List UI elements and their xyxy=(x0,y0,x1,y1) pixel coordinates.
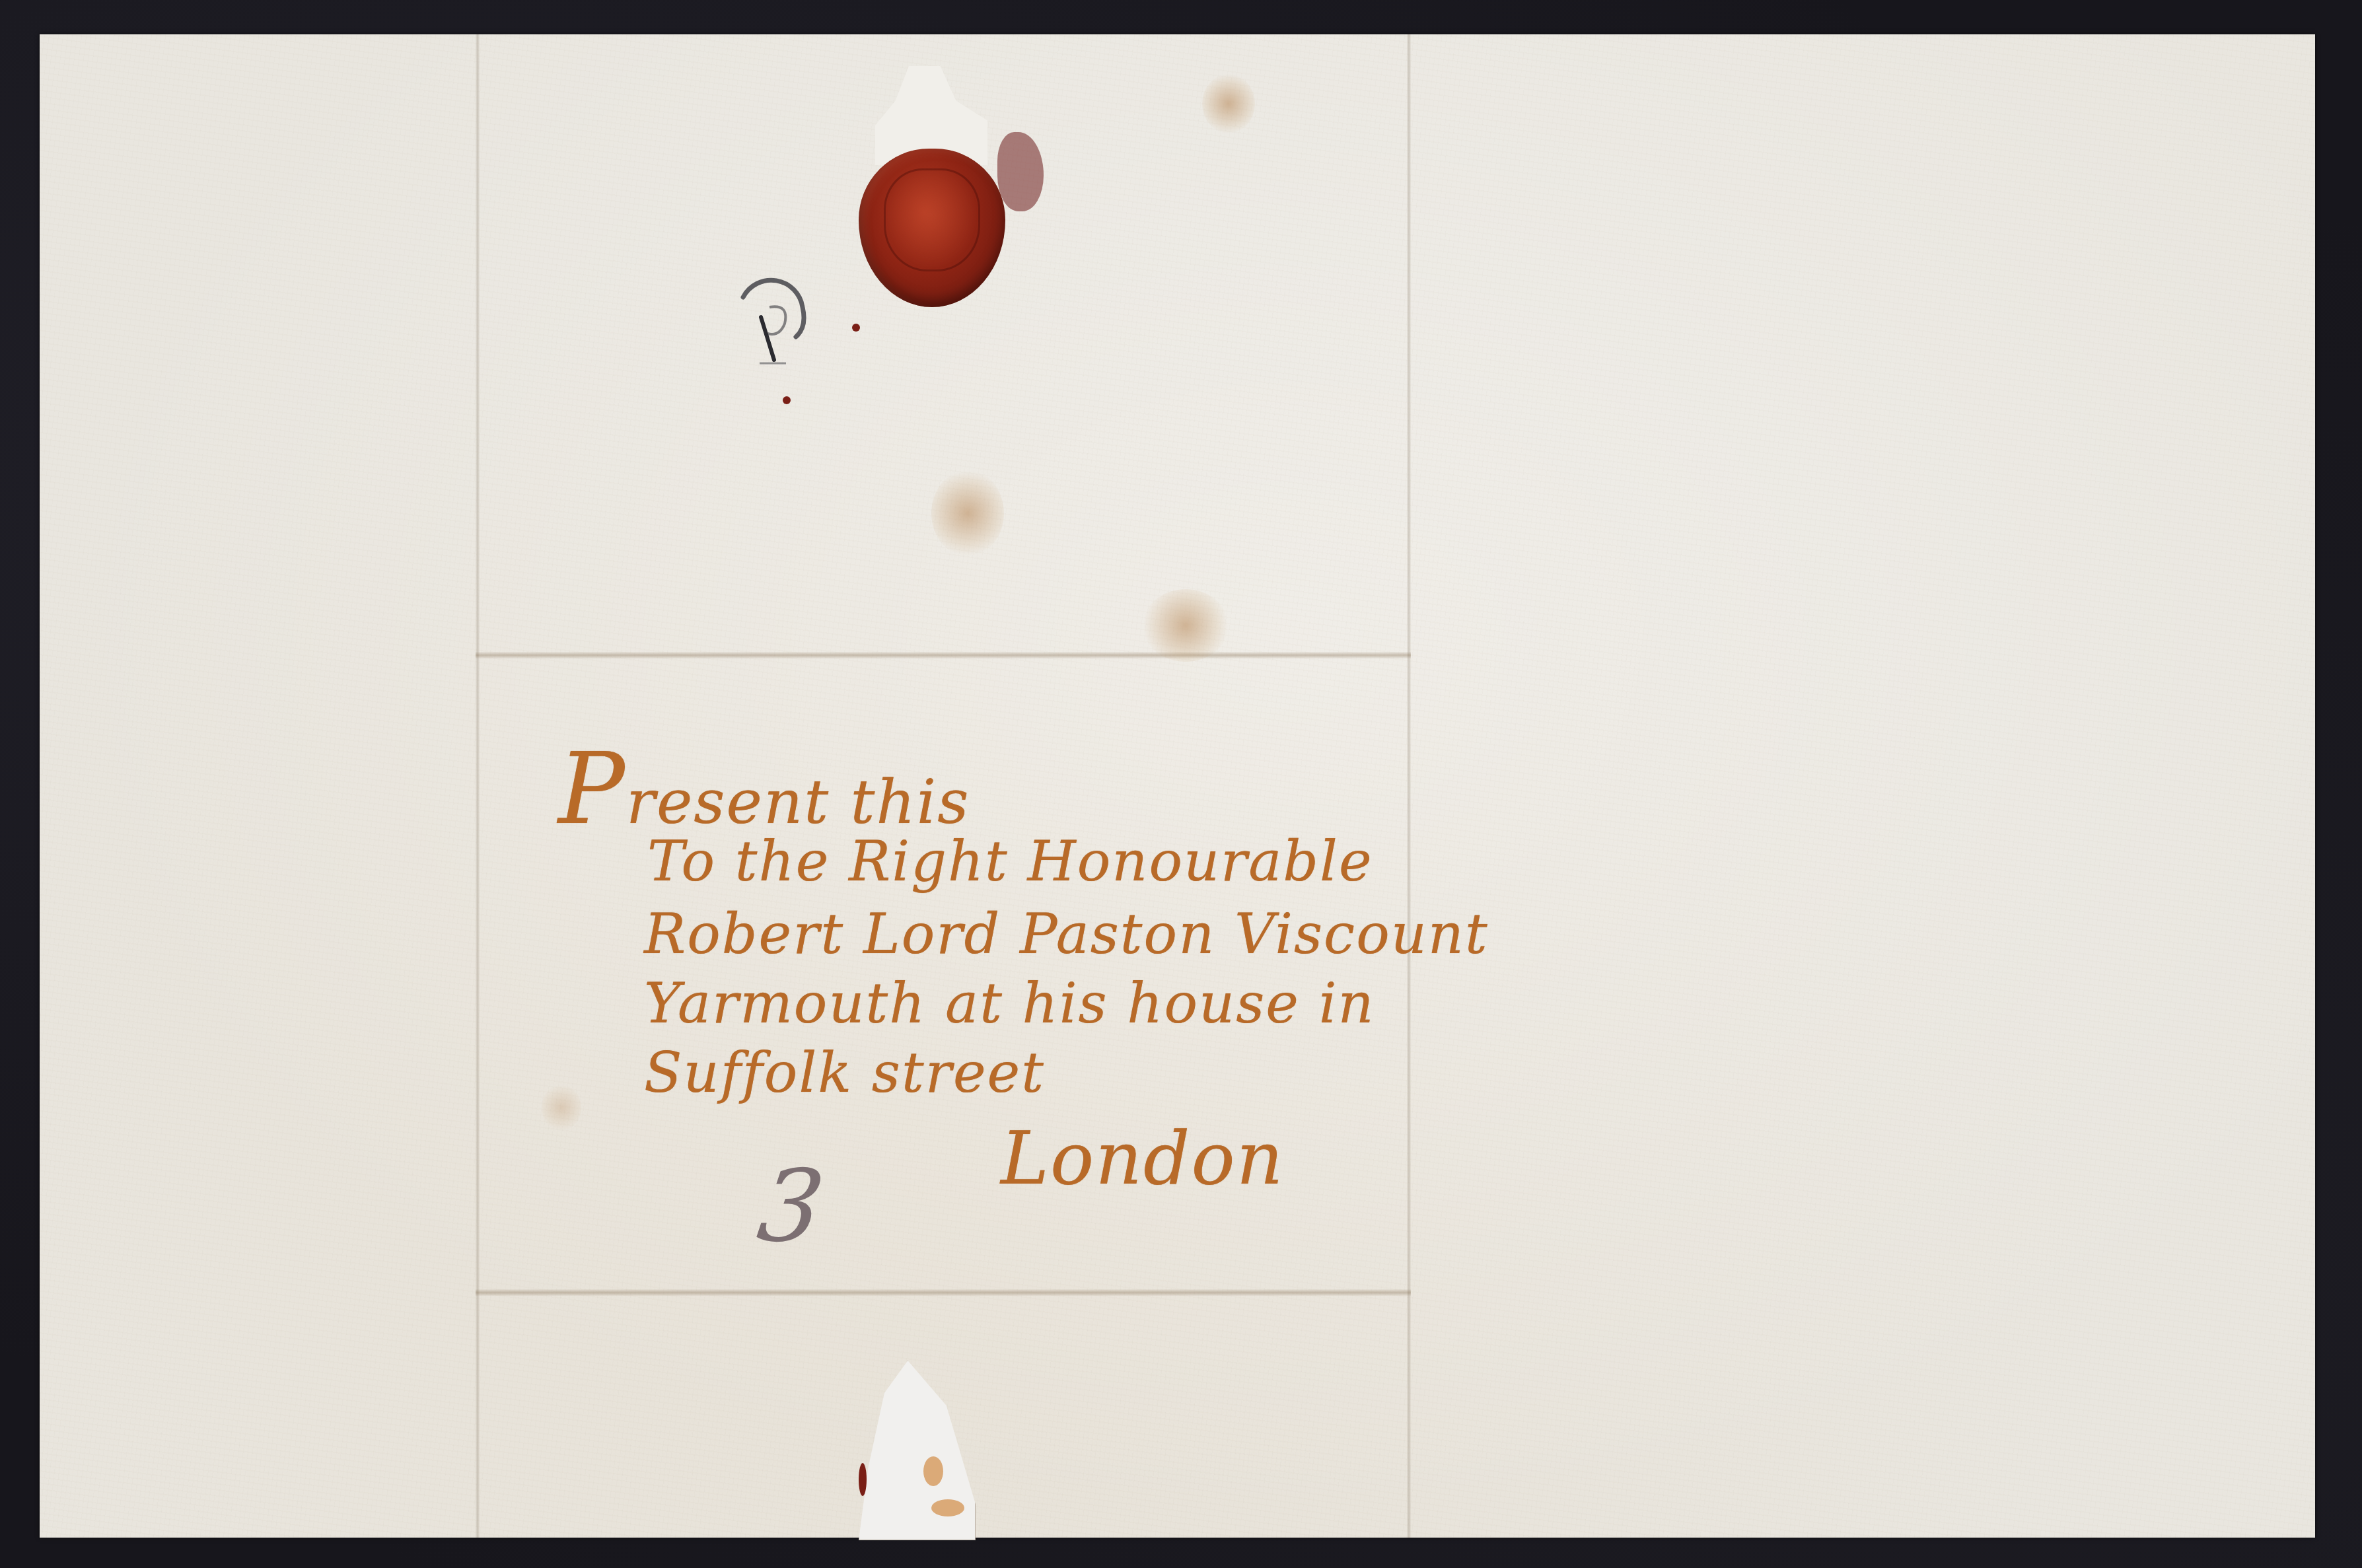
horizontal-fold-lower xyxy=(476,1289,1411,1296)
address-line-recipient-name: Robert Lord Paston Viscount xyxy=(644,902,1489,966)
foxing-stain xyxy=(1143,589,1229,662)
address-city: London xyxy=(1001,1116,1285,1201)
postmark-p-icon xyxy=(733,271,812,370)
vertical-fold-right xyxy=(1407,34,1411,1538)
address-line-present-this: Present this xyxy=(558,740,970,839)
foxing-stain xyxy=(931,470,1004,556)
seal-impression-icon xyxy=(884,168,980,271)
wax-residue xyxy=(859,1463,867,1496)
foxing-stain xyxy=(1202,74,1255,133)
decorated-initial: P xyxy=(558,732,626,847)
foxing-stain xyxy=(542,1085,581,1131)
address-line-recipient-title: To the Right Honourable xyxy=(647,829,1373,894)
wax-residue xyxy=(931,1499,964,1516)
wax-drop xyxy=(852,324,860,332)
address-line-street: Suffolk street xyxy=(644,1040,1045,1105)
letter-paper xyxy=(40,34,2315,1538)
wax-residue xyxy=(923,1456,943,1486)
wax-drop xyxy=(783,396,791,404)
vertical-fold-left xyxy=(476,34,480,1538)
horizontal-fold-upper xyxy=(476,652,1411,659)
address-line-location: Yarmouth at his house in xyxy=(644,971,1375,1036)
